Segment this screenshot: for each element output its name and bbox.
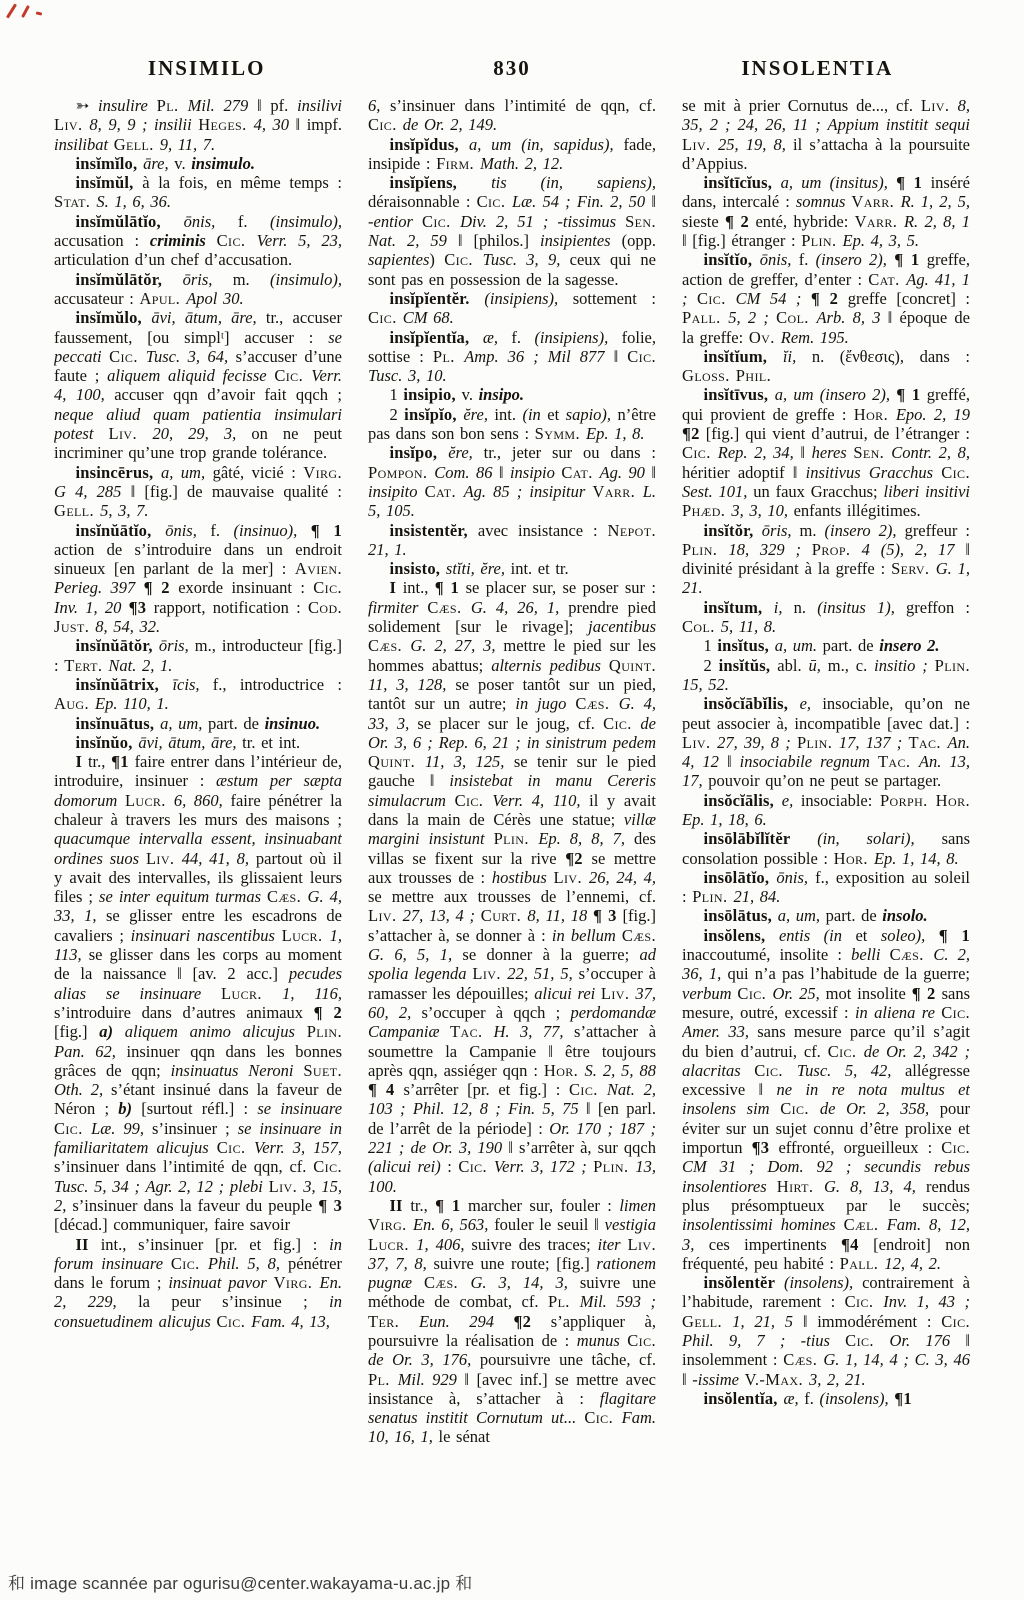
- text-run: et: [855, 926, 880, 945]
- text-run: Mil. 593 ;: [580, 1292, 656, 1311]
- author-reference: Aug.: [54, 694, 95, 713]
- author-reference: Cic.: [171, 1254, 208, 1273]
- text-run: insolentissimi homines: [682, 1215, 844, 1234]
- text-run: aliquem aliquid fecisse: [107, 366, 274, 385]
- dictionary-entry: insĭtum, i, n. (insitus 1), greffon : Co…: [682, 598, 970, 637]
- author-reference: Cic.: [444, 250, 482, 269]
- text-run: n. (ἔνθεσις), dans :: [812, 347, 970, 366]
- text-run: 5, 3, 7.: [100, 501, 148, 520]
- author-reference: Pl.: [433, 347, 464, 366]
- author-reference: Pompon.: [368, 463, 434, 482]
- text-run: qui n’a pas l’habitude de la guerre;: [727, 964, 970, 983]
- text-run: insilibat: [54, 135, 114, 154]
- author-reference: Virg.: [368, 1215, 413, 1234]
- text-run: Tusc. 3, 64,: [146, 347, 236, 366]
- text-run: soleo),: [881, 926, 939, 945]
- text-run: (insimulo),: [270, 270, 342, 289]
- text-run: part. de: [208, 714, 265, 733]
- headword-or-marker: ¶ 2: [725, 212, 756, 231]
- author-reference: Cic.: [109, 347, 146, 366]
- text-run: G. 2, 27, 3,: [410, 636, 503, 655]
- text-run: Perieg. 397: [54, 578, 144, 597]
- author-reference: Col.: [682, 617, 721, 636]
- author-reference: Cic.: [754, 1061, 797, 1080]
- text-run: Tusc. 5, 42,: [797, 1061, 905, 1080]
- headword-or-marker: insĭpĭentĭa,: [389, 328, 482, 347]
- author-reference: Nepot.: [608, 521, 656, 540]
- text-run: la peur s’insinue ;: [138, 1292, 329, 1311]
- text-run: accusation :: [54, 231, 150, 250]
- dictionary-entry: insŏcĭābĭlis, e, insociable, qu’on ne pe…: [682, 694, 970, 790]
- text-run: 27, 39, 8 ;: [717, 733, 797, 752]
- headword-or-marker: II: [75, 1235, 100, 1254]
- dictionary-entry: I tr., ¶1 faire entrer dans l’intérieur …: [54, 752, 342, 1234]
- text-run: insociable:: [801, 791, 880, 810]
- text-run: Arb. 8, 3: [816, 308, 887, 327]
- text-run: insinuat pavor: [168, 1273, 273, 1292]
- author-reference: Cic.: [422, 212, 460, 231]
- headword-or-marker: ¶ 1: [894, 250, 927, 269]
- header-guide-word-left: INSIMILO: [148, 56, 266, 80]
- text-run: 5, 2 ;: [728, 308, 776, 327]
- author-reference: V.-Max.: [745, 1370, 809, 1389]
- author-reference: Sen.: [853, 443, 891, 462]
- text-run: se insinuare: [257, 1099, 342, 1118]
- headword-or-marker: insĭtum,: [703, 598, 773, 617]
- text-run: 15, 52.: [682, 675, 729, 694]
- author-reference: Cic.: [569, 1080, 607, 1099]
- author-reference: Cic.: [941, 1138, 970, 1157]
- text-run: ōnis,: [760, 250, 799, 269]
- text-run: ces impertinents: [709, 1235, 841, 1254]
- text-run: tis (in, sapiens),: [491, 173, 656, 192]
- author-reference: Liv.: [921, 96, 958, 115]
- author-reference: Pl.: [368, 1370, 398, 1389]
- author-reference: Cic.: [627, 347, 656, 366]
- text-run: insinuari nascentibus: [131, 926, 282, 945]
- text-run: a, um (insitus),: [781, 173, 897, 192]
- text-run: (insipiens),: [484, 289, 572, 308]
- text-run: sapio),: [566, 405, 618, 424]
- text-run: ‖: [800, 443, 811, 462]
- author-reference: Varr.: [855, 212, 904, 231]
- text-run: Verr. 3, 172 ;: [494, 1157, 593, 1176]
- text-run: s’insinuer dans l’intimité de qqn, cf.: [390, 96, 656, 115]
- text-run: insinuo.: [265, 714, 321, 733]
- text-run: enté, hybride:: [755, 212, 854, 231]
- text-run: a, um.: [775, 636, 823, 655]
- text-run: insitio ;: [874, 656, 935, 675]
- text-run: suivre des traces;: [471, 1235, 597, 1254]
- author-reference: Porph. Hor.: [880, 791, 970, 810]
- text-run: ‖: [614, 347, 628, 366]
- text-run: īcis,: [172, 675, 212, 694]
- headword-or-marker: ¶ 1: [435, 1196, 468, 1215]
- headword-or-marker: insŏcĭālis,: [703, 791, 781, 810]
- text-run: alternis pedibus: [491, 656, 609, 675]
- text-run: marcher sur, fouler :: [468, 1196, 619, 1215]
- dictionary-entry: I int., ¶ 1 se placer sur, se poser sur …: [368, 578, 656, 1196]
- headword-or-marker: insĭtĭum,: [703, 347, 782, 366]
- text-run: effronté, orgueilleux :: [778, 1138, 941, 1157]
- text-run: liberi insitivi: [883, 482, 970, 501]
- text-run: héritier adoptif ‖: [682, 463, 806, 482]
- text-run: Mil. 929: [398, 1370, 465, 1389]
- text-run: ĕre,: [448, 443, 483, 462]
- dictionary-entry: insŏcĭālis, e, insociable: Porph. Hor. E…: [682, 791, 970, 830]
- headword-or-marker: insĭtĭo,: [703, 250, 759, 269]
- author-reference: Plin.: [935, 656, 970, 675]
- headword-or-marker: insincērus,: [75, 463, 161, 482]
- author-reference: Cic.: [274, 366, 311, 385]
- headword-or-marker: insŏcĭābĭlis,: [703, 694, 799, 713]
- text-run: ‖ impf.: [296, 115, 342, 134]
- text-run: de Or. 3, 176,: [368, 1350, 480, 1369]
- author-reference: Quint.: [368, 752, 425, 771]
- dictionary-entry: insŏlentĭa, æ, f. (insolens), ¶1: [682, 1389, 970, 1408]
- text-run: [fig.]: [54, 1022, 99, 1041]
- text-run: 6, 860,: [174, 791, 231, 810]
- author-reference: Pall.: [682, 308, 728, 327]
- author-reference: Liv.: [269, 1177, 304, 1196]
- text-run: int., s’insinuer [pr. et fig.] :: [101, 1235, 329, 1254]
- dictionary-entry: insĭmŭl, à la fois, en même temps : Stat…: [54, 173, 342, 212]
- text-run: (opp.: [622, 231, 656, 250]
- text-run: 8, 9, 9 ; insilii: [89, 115, 198, 134]
- text-run: Pan. 62,: [54, 1042, 126, 1061]
- headword-or-marker: insĭtīcĭus,: [703, 173, 780, 192]
- text-run: int. et tr.: [511, 559, 569, 578]
- author-reference: Cic.: [458, 1157, 494, 1176]
- author-reference: Lucr.: [282, 926, 330, 945]
- text-run: in jugo: [515, 694, 575, 713]
- text-run: e,: [800, 694, 823, 713]
- text-run: se mit à prier Cornutus de..., cf.: [682, 96, 921, 115]
- text-run: a, um (in, sapidus),: [469, 135, 624, 154]
- text-run: 8, 11, 18: [527, 906, 593, 925]
- text-run: in bellum: [552, 926, 622, 945]
- text-run: ‖ pf.: [257, 96, 297, 115]
- text-run: part. de: [823, 636, 880, 655]
- author-reference: Cic.: [216, 1312, 251, 1331]
- text-run: 18, 329 ;: [729, 540, 812, 559]
- text-run: (insitus 1),: [817, 598, 906, 617]
- text-run: 17, 137 ;: [839, 733, 909, 752]
- headword-or-marker: ¶ 1: [435, 578, 466, 597]
- text-run: Amp. 36 ; Mil 877: [464, 347, 613, 366]
- headword-or-marker: ¶2: [565, 849, 591, 868]
- text-run: Epo. 2, 19: [896, 405, 970, 424]
- headword-or-marker: insĭnuātus,: [75, 714, 160, 733]
- headword-or-marker: I: [389, 578, 402, 597]
- text-run: criminis: [150, 231, 217, 250]
- text-run: fouler le seuil ‖: [494, 1215, 604, 1234]
- author-reference: Phæd.: [682, 501, 731, 520]
- text-run: pouvoir qu’on ne peut se partager.: [708, 771, 941, 790]
- text-run: S. 1, 6, 36.: [96, 192, 171, 211]
- headword-or-marker: insĭnŭātrix,: [75, 675, 172, 694]
- text-run: Nat. 2, 1.: [108, 656, 172, 675]
- dictionary-entry: insĭmŭlo, āvi, ātum, āre, tr., accuser f…: [54, 308, 342, 462]
- text-run: ōris,: [159, 636, 195, 655]
- author-reference: Pl.: [548, 1292, 580, 1311]
- text-run: se placer sur, se poser sur :: [466, 578, 656, 597]
- headword-or-marker: insĭpĭdus,: [389, 135, 469, 154]
- text-run: Ag. 90: [600, 463, 652, 482]
- author-reference: Serv.: [891, 559, 936, 578]
- text-run: déraisonnable :: [368, 192, 477, 211]
- text-run: alicui rei: [534, 984, 601, 1003]
- headword-or-marker: ¶ 3: [318, 1196, 342, 1215]
- headword-or-marker: ¶1: [111, 752, 134, 771]
- text-run: insipientes: [540, 231, 622, 250]
- dictionary-entry: insōlātĭo, ōnis, f., exposition au solei…: [682, 868, 970, 907]
- text-run: Ag. 85 ; insipitur: [464, 482, 593, 501]
- text-run: Amer. 33,: [682, 1022, 757, 1041]
- column-2: 6, s’insinuer dans l’intimité de qqn, cf…: [368, 96, 656, 1558]
- author-reference: Heges.: [198, 115, 253, 134]
- text-run: R. 1, 2, 5,: [901, 192, 970, 211]
- text-run: se donner à la guerre;: [462, 945, 639, 964]
- text-run: 25, 19, 8,: [718, 135, 793, 154]
- dictionary-entry: 1 insipio, v. insipo.: [368, 385, 656, 404]
- text-run: CM 54 ;: [736, 289, 811, 308]
- headword-or-marker: insĭnŭātĭo,: [75, 521, 165, 540]
- text-run: à la fois, en même temps :: [142, 173, 342, 192]
- author-reference: Cat.: [868, 270, 906, 289]
- text-run: G. 4, 26, 1,: [471, 598, 568, 617]
- headword-or-marker: insistentĕr,: [389, 521, 477, 540]
- header-page-number: 830: [493, 56, 531, 80]
- author-reference: Cic.: [737, 984, 772, 1003]
- text-run: exorde insinuant :: [178, 578, 313, 597]
- text-run: tr.,: [88, 752, 111, 771]
- dictionary-entry: insĭtĭum, ĭi, n. (ἔνθεσις), dans : Gloss…: [682, 347, 970, 386]
- author-reference: Hor.: [854, 405, 896, 424]
- text-run: H. 3, 77,: [493, 1022, 574, 1041]
- text-run: Læ. 54 ; Fin. 2, 50: [512, 192, 651, 211]
- text-run: G. 8, 13, 4,: [824, 1177, 926, 1196]
- author-reference: Liv.: [601, 984, 636, 1003]
- author-reference: Cæs.: [427, 598, 470, 617]
- text-run: tr., jeter sur ou dans :: [484, 443, 656, 462]
- author-reference: Liv.: [472, 964, 507, 983]
- author-reference: Gloss. Phil.: [682, 366, 771, 385]
- text-run: se placer sur le joug, cf.: [417, 714, 603, 733]
- author-reference: Liv.: [109, 424, 153, 443]
- text-run: insociabile regnum: [740, 752, 878, 771]
- text-run: Inv. 1, 20: [54, 598, 129, 617]
- text-run: firmiter: [368, 598, 427, 617]
- text-run: CM 68.: [403, 308, 454, 327]
- author-reference: Cic.: [54, 1119, 91, 1138]
- text-run: 8, 54, 32.: [95, 617, 160, 636]
- dictionary-entry: 6, s’insinuer dans l’intimité de qqn, cf…: [368, 96, 656, 135]
- text-run: abl.: [777, 656, 808, 675]
- author-reference: Plin.: [494, 829, 539, 848]
- text-run: ōris,: [762, 521, 800, 540]
- text-run: Phil. 9, 7 ; -tius: [682, 1331, 845, 1350]
- text-run: 3, 2, 21.: [809, 1370, 866, 1389]
- headword-or-marker: insĭtus,: [717, 636, 774, 655]
- author-reference: Stat.: [54, 192, 96, 211]
- text-run: de Or. 2, 149.: [403, 115, 497, 134]
- headword-or-marker: ¶ 1: [939, 926, 970, 945]
- author-reference: Sen.: [625, 212, 656, 231]
- text-run: [surtout réfl.] :: [141, 1099, 257, 1118]
- author-reference: Gell.: [114, 135, 160, 154]
- text-run: Oth. 2,: [54, 1080, 111, 1099]
- headword-or-marker: insipio,: [403, 385, 461, 404]
- text-run: i,: [774, 598, 794, 617]
- headword-or-marker: ¶1: [894, 1389, 912, 1408]
- text-run: ōris,: [183, 270, 233, 289]
- text-run: G 4, 285: [54, 482, 131, 501]
- text-run: f.: [238, 212, 270, 231]
- text-run: insolo.: [882, 906, 927, 925]
- column-3: se mit à prier Cornutus de..., cf. Liv. …: [682, 96, 970, 1558]
- author-reference: Liv.: [682, 733, 717, 752]
- author-reference: Liv.: [368, 906, 403, 925]
- text-run: Or. 25,: [773, 984, 826, 1003]
- dictionary-entry: insōlātus, a, um, part. de insolo.: [682, 906, 970, 925]
- dictionary-entry: insĭpĭentĭa, æ, f. (insipiens), folie, s…: [368, 328, 656, 386]
- text-run: æ,: [483, 328, 512, 347]
- dictionary-entry: insincērus, a, um, gâté, vicié : Virg. G…: [54, 463, 342, 521]
- text-run: se mettre aux trousses de l’ennemi, cf.: [368, 887, 656, 906]
- text-run: Verr. 5, 23,: [257, 231, 342, 250]
- text-run: a, um (insero 2),: [775, 385, 897, 404]
- text-run: R. 2, 8, 1: [904, 212, 970, 231]
- headword-or-marker: insĭnŭātŏr,: [75, 636, 158, 655]
- text-run: 5, 11, 8.: [721, 617, 776, 636]
- text-run: hostibus: [492, 868, 554, 887]
- text-run: ‖ immodérément :: [803, 1312, 941, 1331]
- author-reference: Cic.: [217, 1138, 254, 1157]
- text-run: stĭti, ĕre,: [446, 559, 511, 578]
- text-run: Div. 2, 51 ; -tissimus: [460, 212, 625, 231]
- text-run: 21, 84.: [734, 887, 781, 906]
- text-run: f.: [210, 521, 233, 540]
- headword-or-marker: insĭpo,: [389, 443, 448, 462]
- header-guide-word-right: INSOLENTIA: [741, 56, 893, 80]
- author-reference: Cic.: [368, 308, 403, 327]
- author-reference: Cic.: [477, 192, 512, 211]
- text-run: accuser qqn d’avoir fait qqch ;: [114, 385, 342, 404]
- text-run: Phil. 5, 8,: [208, 1254, 288, 1273]
- headword-or-marker: insĭtŭs,: [719, 656, 778, 675]
- text-run: G. 6, 5, 1,: [368, 945, 462, 964]
- text-run: Eun. 294: [419, 1312, 513, 1331]
- dictionary-entry: insĭnŭātrix, īcis, f., introductrice : A…: [54, 675, 342, 714]
- author-reference: Cic.: [845, 1331, 889, 1350]
- headword-or-marker: insĭpĭo,: [404, 405, 463, 424]
- author-reference: Cic.: [584, 1408, 621, 1427]
- dictionary-entry: insĭpĭdus, a, um (in, sapidus), fade, in…: [368, 135, 656, 174]
- text-run: e,: [782, 791, 801, 810]
- author-reference: Tac.: [908, 733, 947, 752]
- dictionary-entry: 2 insĭtŭs, abl. ū, m., c. insitio ; Plin…: [682, 656, 970, 695]
- dictionary-entry: insĭnŭātĭo, ōnis, f. (insinuo), ¶ 1 acti…: [54, 521, 342, 637]
- text-run: 1: [703, 636, 717, 655]
- text-run: 1, 21, 5: [732, 1312, 803, 1331]
- text-run: un faux Gracchus;: [753, 482, 883, 501]
- text-run: verbum: [682, 984, 737, 1003]
- text-run: (insipiens),: [534, 328, 621, 347]
- text-run: se inter equitum turmas: [99, 887, 267, 906]
- author-reference: Plin.: [593, 1157, 635, 1176]
- text-run: Inv. 1, 43 ;: [883, 1292, 970, 1311]
- dictionary-entry: insĭpo, ĕre, tr., jeter sur ou dans : Po…: [368, 443, 656, 520]
- text-run: Ep. 4, 3, 5.: [843, 231, 919, 250]
- text-run: 11, 3, 125,: [425, 752, 514, 771]
- text-run: b): [118, 1099, 141, 1118]
- dictionary-entry: insĭmŭlātŏr, ōris, m. (insimulo), accusa…: [54, 270, 342, 309]
- headword-or-marker: ¶3: [129, 598, 154, 617]
- author-reference: Liv.: [554, 868, 590, 887]
- headword-or-marker: insĭmŭlātŏr,: [75, 270, 182, 289]
- text-run: somnus: [796, 192, 852, 211]
- author-reference: Cic.: [368, 115, 403, 134]
- text-run: in aliena re: [855, 1003, 941, 1022]
- text-run: s’insinuer ;: [152, 1119, 238, 1138]
- text-run: 1: [389, 385, 403, 404]
- author-reference: Liv.: [54, 115, 89, 134]
- text-run: inaccoutumé, insolite :: [682, 945, 851, 964]
- text-run: greffon :: [906, 598, 970, 617]
- text-run: int.: [494, 405, 522, 424]
- text-run: (insero 2),: [825, 521, 905, 540]
- text-run: (insero 2),: [816, 250, 895, 269]
- text-run: s’arrêter [pr. et fig.] :: [403, 1080, 569, 1099]
- text-run: -issime: [692, 1370, 744, 1389]
- headword-or-marker: II: [389, 1196, 410, 1215]
- text-run: (in: [522, 405, 547, 424]
- author-reference: Symm.: [535, 424, 586, 443]
- text-run: ĕre,: [463, 405, 494, 424]
- author-reference: Gell.: [682, 1312, 732, 1331]
- text-run: s’insinuer dans la faveur du peuple: [72, 1196, 318, 1215]
- headword-or-marker: ¶3: [752, 1138, 779, 1157]
- dictionary-entry: 2 insĭpĭo, ĕre, int. (in et sapio), n’êt…: [368, 405, 656, 444]
- text-run: ōnis,: [776, 868, 815, 887]
- headword-or-marker: insĭmŭlo,: [75, 308, 151, 327]
- text-run: Com. 86: [434, 463, 499, 482]
- text-run: f., introductrice :: [213, 675, 342, 694]
- text-run: limen: [619, 1196, 656, 1215]
- text-run: ‖ s’arrêter à, sur qqch: [508, 1138, 656, 1157]
- author-reference: Ov.: [749, 328, 781, 347]
- dictionary-entry: II int., s’insinuer [pr. et fig.] : in f…: [54, 1235, 342, 1331]
- text-run: heres: [812, 443, 854, 462]
- text-run: ‖ [fig.] étranger :: [682, 231, 801, 250]
- author-reference: Liv.: [682, 135, 718, 154]
- headword-or-marker: ¶2: [514, 1312, 551, 1331]
- text-run: 6,: [368, 96, 390, 115]
- dictionary-entry: insĭtīvus, a, um (insero 2), ¶ 1 greffé,…: [682, 385, 970, 520]
- author-reference: Plin.: [797, 733, 839, 752]
- text-run: insipo.: [479, 385, 524, 404]
- text-run: ‖: [682, 1370, 692, 1389]
- text-run: [fig.] qui vient d’autrui, de l’étranger…: [706, 424, 970, 443]
- text-run: Ep. 110, 1.: [95, 694, 169, 713]
- text-run: Or. 176: [890, 1331, 966, 1350]
- author-reference: Cic.: [627, 1331, 656, 1350]
- text-run: tr.,: [410, 1196, 435, 1215]
- text-run: ‖: [651, 463, 656, 482]
- headword-or-marker: insĭtŏr,: [703, 521, 761, 540]
- headword-or-marker: ¶ 2: [314, 1003, 342, 1022]
